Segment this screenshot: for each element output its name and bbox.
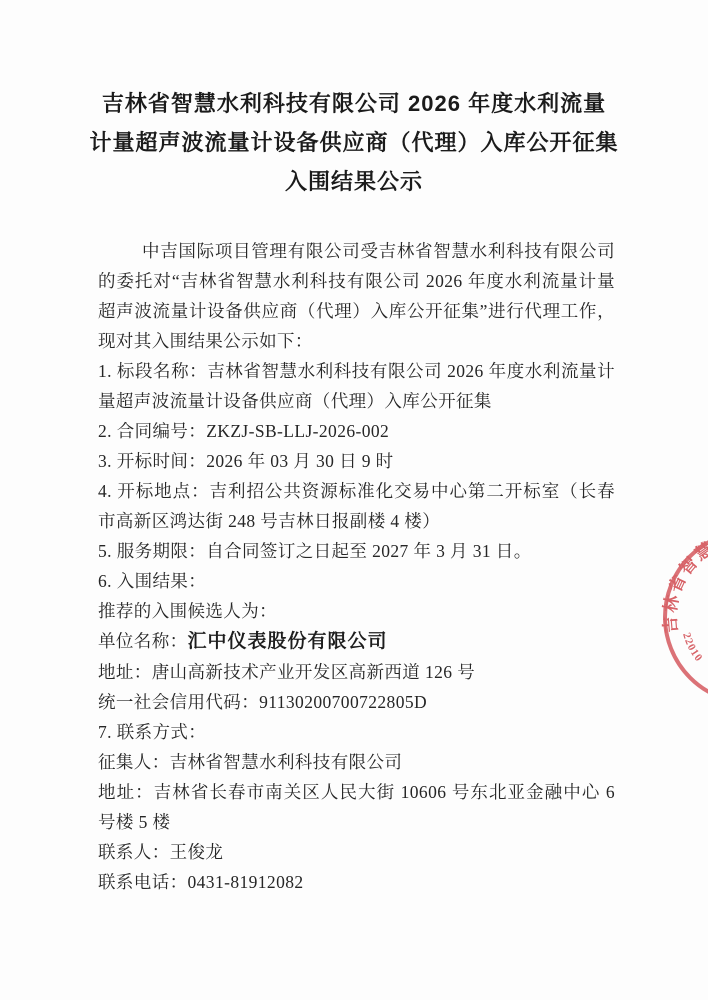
item-contract-number: 2. 合同编号：ZKZJ-SB-LLJ-2026-002 [98, 416, 615, 446]
seal-border [665, 531, 708, 703]
collector-address-line: 地址：吉林省长春市南关区人民大街 10606 号东北亚金融中心 6 号楼 5 楼 [98, 777, 615, 837]
doc-title: 吉林省智慧水利科技有限公司 2026 年度水利流量 计量超声波流量计设备供应商（… [50, 84, 658, 201]
doc-title-line-3: 入围结果公示 [50, 162, 658, 201]
seal-number-text: 22010 [680, 631, 705, 664]
doc-body: 中吉国际项目管理有限公司受吉林省智慧水利科技有限公司的委托对“吉林省智慧水利科技… [98, 236, 615, 897]
item-shortlist-result: 6. 入围结果： [98, 566, 615, 596]
collector-line: 征集人：吉林省智慧水利科技有限公司 [98, 747, 615, 777]
recommended-candidate-line: 推荐的入围候选人为： [98, 596, 615, 626]
company-name-label: 单位名称： [98, 631, 188, 651]
item-contact-info: 7. 联系方式： [98, 717, 615, 747]
company-seal-icon: 吉林省智慧 22010 [656, 522, 708, 712]
company-name-value: 汇中仪表股份有限公司 [188, 631, 388, 652]
contact-phone-line: 联系电话：0431-81912082 [98, 867, 615, 897]
document-page: 吉林省智慧水利科技有限公司 2026 年度水利流量 计量超声波流量计设备供应商（… [0, 0, 708, 1000]
item-bid-opening-place: 4. 开标地点：吉利招公共资源标准化交易中心第二开标室（长春市高新区鸿达街 24… [98, 476, 615, 536]
item-section-name: 1. 标段名称：吉林省智慧水利科技有限公司 2026 年度水利流量计量超声波流量… [98, 356, 615, 416]
company-name-line: 单位名称：汇中仪表股份有限公司 [98, 626, 615, 657]
doc-title-line-1: 吉林省智慧水利科技有限公司 2026 年度水利流量 [50, 84, 658, 123]
credit-code-line: 统一社会信用代码：91130200700722805D [98, 687, 615, 717]
item-service-period: 5. 服务期限：自合同签订之日起至 2027 年 3 月 31 日。 [98, 536, 615, 566]
svg-text:22010: 22010 [680, 631, 705, 664]
svg-text:吉林省智慧: 吉林省智慧 [659, 538, 708, 635]
doc-title-line-2: 计量超声波流量计设备供应商（代理）入库公开征集 [50, 123, 658, 162]
seal-arc-text: 吉林省智慧 [659, 538, 708, 635]
contact-person-line: 联系人：王俊龙 [98, 837, 615, 867]
item-bid-opening-time: 3. 开标时间：2026 年 03 月 30 日 9 时 [98, 446, 615, 476]
company-address-line: 地址：唐山高新技术产业开发区高新西道 126 号 [98, 657, 615, 687]
intro-paragraph: 中吉国际项目管理有限公司受吉林省智慧水利科技有限公司的委托对“吉林省智慧水利科技… [98, 236, 615, 356]
